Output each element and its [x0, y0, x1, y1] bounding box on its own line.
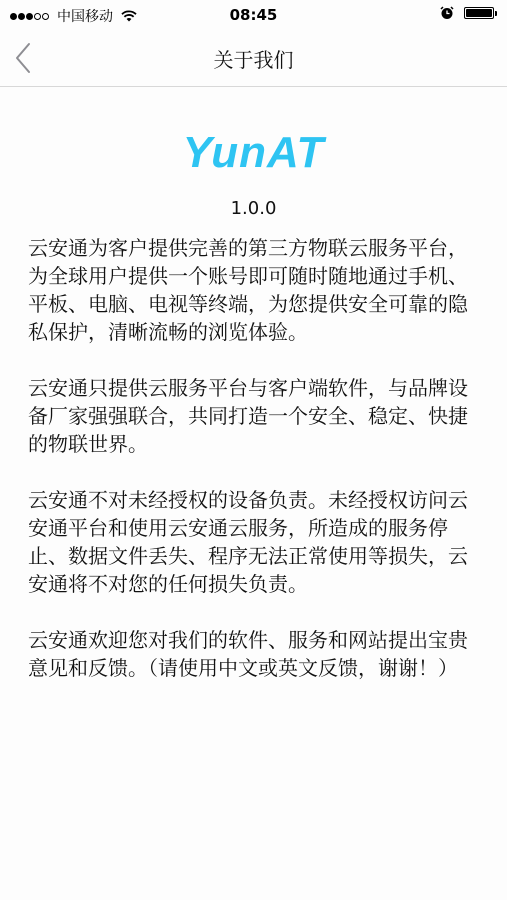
status-bar: 中国移动 08:45 [0, 0, 507, 30]
navigation-bar: 关于我们 [0, 30, 507, 87]
about-paragraph: 云安通欢迎您对我们的软件、服务和网站提出宝贵意见和反馈。（请使用中文或英文反馈，… [28, 626, 473, 682]
status-time: 08:45 [0, 6, 507, 24]
battery-icon [464, 7, 497, 19]
status-right [440, 6, 497, 20]
app-version: 1.0.0 [0, 198, 507, 219]
page-title: 关于我们 [0, 44, 507, 73]
alarm-icon [440, 6, 454, 20]
about-paragraph: 云安通不对未经授权的设备负责。未经授权访问云安通平台和使用云安通云服务，所造成的… [28, 486, 473, 598]
about-text: 云安通为客户提供完善的第三方物联云服务平台，为全球用户提供一个账号即可随时随地通… [28, 234, 473, 710]
about-paragraph: 云安通只提供云服务平台与客户端软件，与品牌设备厂家强强联合，共同打造一个安全、稳… [28, 374, 473, 458]
app-logo: YunAT [0, 128, 507, 178]
about-paragraph: 云安通为客户提供完善的第三方物联云服务平台，为全球用户提供一个账号即可随时随地通… [28, 234, 473, 346]
